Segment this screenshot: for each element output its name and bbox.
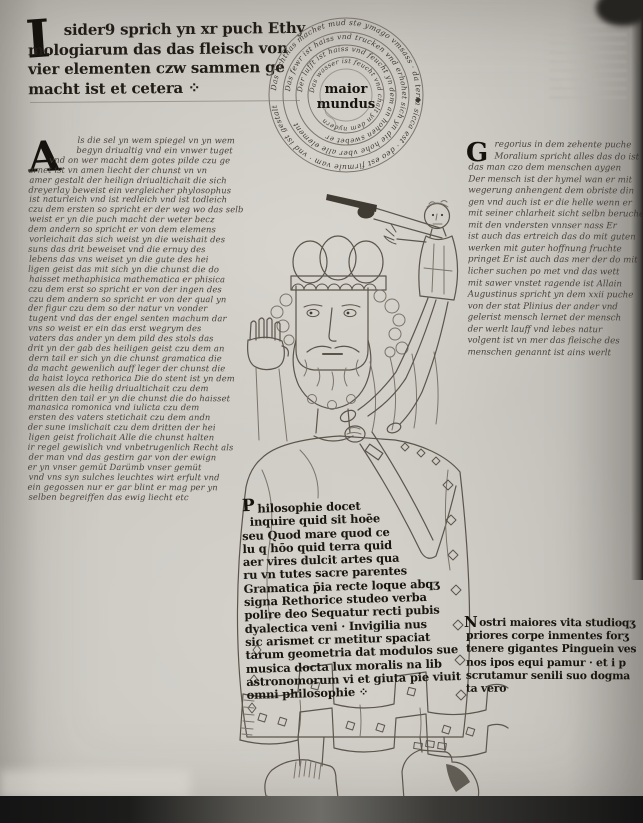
wrist-cuff bbox=[365, 444, 383, 460]
elements-circle-diagram: Das lichtnas machet mud ste ymago vmsass… bbox=[258, 7, 434, 183]
photo-bottom-edge bbox=[0, 796, 643, 823]
crown bbox=[291, 236, 386, 290]
giant-raised-palm bbox=[248, 318, 289, 441]
center-label-maior: maior bbox=[325, 82, 368, 97]
text-line: nos ipos equi pamur · et i p bbox=[466, 655, 642, 669]
giant-face bbox=[296, 286, 368, 370]
text-line: ta vero bbox=[466, 682, 642, 696]
latin-text-block: hilosophie docetinquire quid sit hoēeseu… bbox=[241, 497, 464, 702]
scholar-open-hand bbox=[384, 224, 426, 244]
text-line: tenere gigantes Pinguein ves bbox=[466, 642, 642, 656]
text-line: priores corpe inmentes forʒ bbox=[466, 629, 642, 643]
shoe-shadow bbox=[446, 764, 470, 792]
text-line: scrutamur senili suo dogma bbox=[466, 669, 642, 683]
ankle-straps bbox=[414, 740, 447, 749]
book-edge-shadow bbox=[631, 0, 643, 580]
page-curl-highlight bbox=[0, 770, 190, 798]
text-line: selben begreiffen das ewig liecht etc bbox=[29, 492, 240, 502]
manuscript-page: I sider9 sprich yn xr puch Ethymologiaru… bbox=[0, 0, 643, 823]
giant-with-scholar-illustration bbox=[230, 160, 530, 815]
text-line: regorius in dem zehente puche bbox=[469, 140, 641, 152]
pointing-rod bbox=[326, 194, 377, 212]
right-bottom-paragraph: ostri maiores vita studioqʒpriores corpe… bbox=[466, 616, 642, 696]
left-column-text: ls die sel yn wem spiegel vn yn wembegyn… bbox=[28, 136, 241, 503]
text-line: ostri maiores vita studioqʒ bbox=[466, 616, 642, 630]
verso-bleed-through bbox=[545, 18, 631, 142]
giant-beard bbox=[293, 340, 371, 410]
